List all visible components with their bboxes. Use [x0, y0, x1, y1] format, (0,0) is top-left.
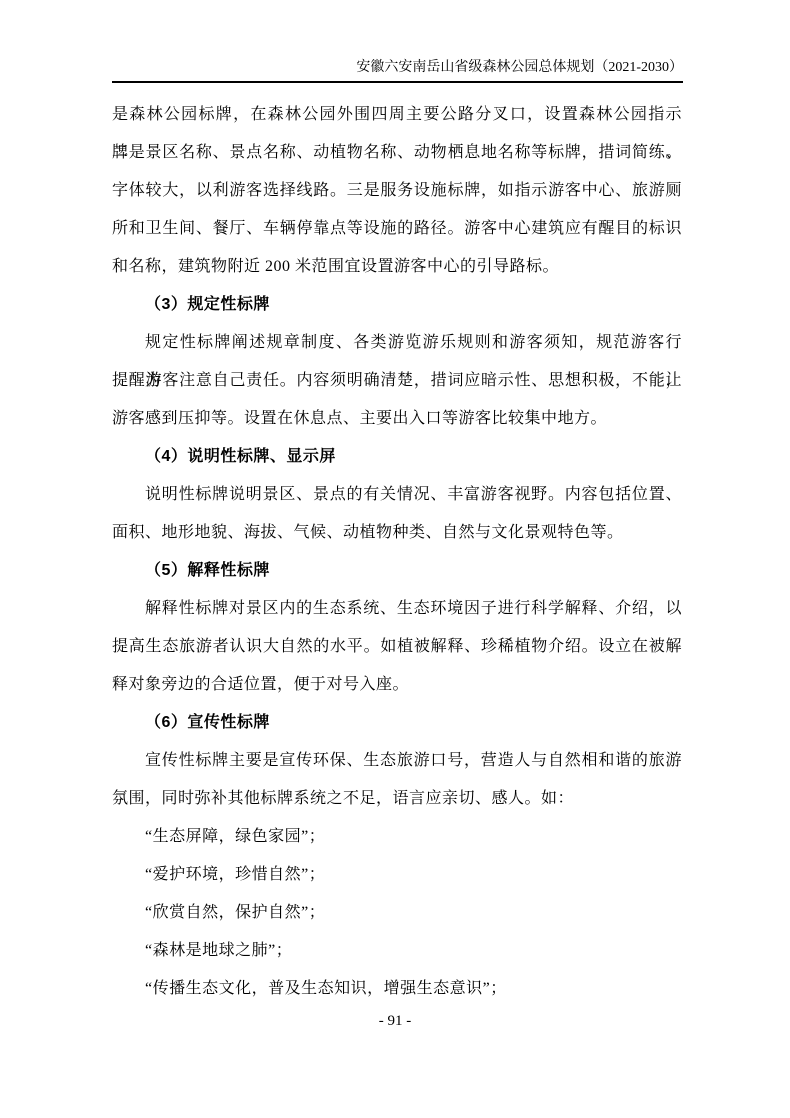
- section-heading: （4）说明性标牌、显示屏: [112, 438, 682, 476]
- section-heading: （3）规定性标牌: [112, 286, 682, 324]
- body-line: 规定性标牌阐述规章制度、各类游览游乐规则和游客须知，规范游客行为，: [112, 324, 682, 362]
- body-line: 氛围，同时弥补其他标牌系统之不足，语言应亲切、感人。如：: [112, 780, 682, 818]
- body-line: 解释性标牌对景区内的生态系统、生态环境因子进行科学解释、介绍，以: [112, 590, 682, 628]
- body-line: 是森林公园标牌，在森林公园外围四周主要公路分叉口，设置森林公园指示牌。: [112, 96, 682, 134]
- body-line: 二是景区名称、景点名称、动植物名称、动物栖息地名称等标牌，措词简练、: [112, 134, 682, 172]
- body-line: 字体较大，以利游客选择线路。三是服务设施标牌，如指示游客中心、旅游厕: [112, 172, 682, 210]
- body-line: 提醒游客注意自己责任。内容须明确清楚，措词应暗示性、思想积极，不能让: [112, 362, 682, 400]
- body-line: 游客感到压抑等。设置在休息点、主要出入口等游客比较集中地方。: [112, 400, 682, 438]
- slogan-line: “生态屏障，绿色家园”；: [112, 818, 682, 856]
- body-line: 释对象旁边的合适位置，便于对号入座。: [112, 666, 682, 704]
- slogan-line: “森林是地球之肺”；: [112, 932, 682, 970]
- body-line: 说明性标牌说明景区、景点的有关情况、丰富游客视野。内容包括位置、: [112, 476, 682, 514]
- body-line: 面积、地形地貌、海拔、气候、动植物种类、自然与文化景观特色等。: [112, 514, 682, 552]
- body-line: 宣传性标牌主要是宣传环保、生态旅游口号，营造人与自然相和谐的旅游: [112, 742, 682, 780]
- slogan-line: “欣赏自然，保护自然”；: [112, 894, 682, 932]
- section-heading: （6）宣传性标牌: [112, 704, 682, 742]
- body-line: 和名称，建筑物附近 200 米范围宜设置游客中心的引导路标。: [112, 248, 682, 286]
- body-line: 所和卫生间、餐厅、车辆停靠点等设施的路径。游客中心建筑应有醒目的标识: [112, 210, 682, 248]
- document-page: 安徽六安南岳山省级森林公园总体规划（2021-2030） 是森林公园标牌，在森林…: [0, 0, 790, 1118]
- document-body: 是森林公园标牌，在森林公园外围四周主要公路分叉口，设置森林公园指示牌。 二是景区…: [112, 96, 682, 1008]
- slogan-line: “传播生态文化，普及生态知识，增强生态意识”；: [112, 970, 682, 1008]
- body-line: 提高生态旅游者认识大自然的水平。如植被解释、珍稀植物介绍。设立在被解: [112, 628, 682, 666]
- section-heading: （5）解释性标牌: [112, 552, 682, 590]
- page-number: - 91 -: [379, 1013, 412, 1029]
- page-header: 安徽六安南岳山省级森林公园总体规划（2021-2030）: [112, 58, 683, 83]
- slogan-line: “爱护环境，珍惜自然”；: [112, 856, 682, 894]
- header-title: 安徽六安南岳山省级森林公园总体规划（2021-2030）: [356, 60, 683, 75]
- page-footer: - 91 -: [0, 1010, 790, 1032]
